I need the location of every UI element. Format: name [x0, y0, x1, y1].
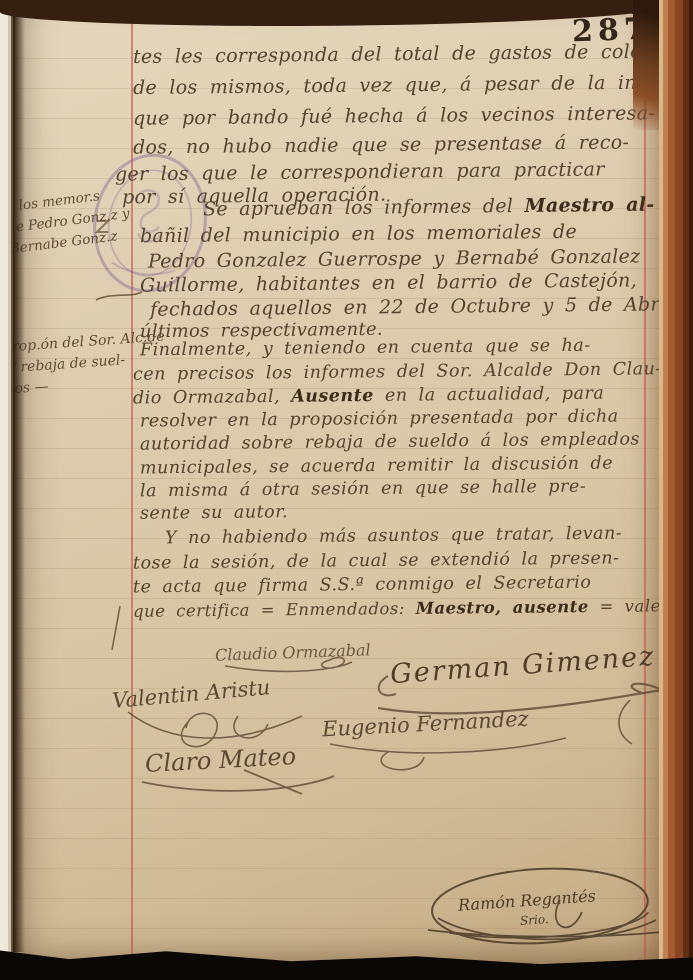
facing-page-edge	[0, 6, 13, 952]
manuscript-photo: 287 A los memor.s de Pedro Gonz.z y Bern…	[0, 0, 693, 980]
manuscript-line: bañil del municipio en los memoriales de	[140, 222, 577, 247]
book-fore-edge	[659, 0, 693, 980]
manuscript-line: sente su autor.	[140, 503, 288, 524]
right-margin-line	[644, 12, 646, 964]
signature-secretary-title: Srio.	[520, 912, 550, 928]
gutter-shadow	[13, 6, 25, 952]
